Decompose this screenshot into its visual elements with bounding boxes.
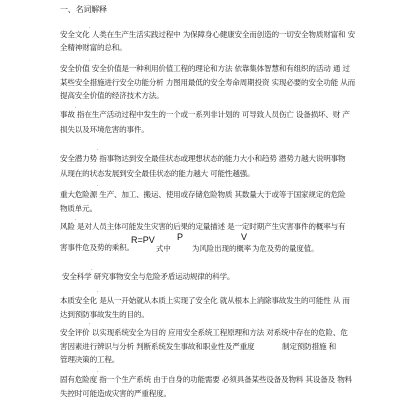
paragraph-intrinsic-safety-line-1: 本质安全化 是从一开始就从本质上实现了安全化 就从根本上消除事故发生的可能性 从… <box>60 296 350 306</box>
paragraph-safety-potential-line-1: 安全潜力势 指事物达到安全最佳状态或理想状态的能力大小和趋势 潜势力越大说明事物 <box>60 154 345 164</box>
term-label: 风险 <box>60 222 75 231</box>
paragraph-safety-assessment-line-3: 管理决策的工程。 <box>60 355 119 365</box>
term-label: 安全潜力势 <box>60 154 97 163</box>
term-label: 重大危险源 <box>60 190 97 199</box>
superscript-mark: · <box>89 322 91 327</box>
paragraph-safety-potential-line-2: 从现在的状态发展到安全最佳状态的能力越大 可能性越强。 <box>60 169 254 179</box>
paragraph-safety-culture-line-2: 全精神财富的总和。 <box>60 43 127 53</box>
risk-formula: R=PV <box>131 235 155 245</box>
term-label: 安全文化 <box>60 30 90 39</box>
term-label: 安全价值 <box>60 64 90 73</box>
term-label: 本质安全化 <box>60 296 97 305</box>
paragraph-inherent-hazard-line-1: 固有危险度 指一个生产系统 由于自身的功能需要 必须具备某些设备及物料 其设备及… <box>60 375 352 385</box>
paragraph-inherent-hazard-line-2: 失控时可能造成灾害的严重程度。 <box>60 389 171 399</box>
paragraph-safety-assessment-line-2: 害因素进行辨识与分析 判断系统发生事故和职业性及严重度 <box>60 342 254 352</box>
formula-text-p-desc: 为风险出现的概率 <box>192 243 251 254</box>
superscript-mark: · <box>97 148 99 153</box>
formula-text-where: 式中 <box>156 243 171 254</box>
paragraph-safety-assessment-line-1: 安全评价 以实现系统安全为目的 应用安全系统工程原理和方法 对系统中存在的危险、… <box>60 328 348 338</box>
paragraph-safety-assessment-line-2-tail: 制定预防措施 和 <box>282 342 336 352</box>
term-label: 安全科学 <box>62 272 92 281</box>
superscript-mark: · <box>97 184 99 189</box>
term-label: 固有危险度 <box>60 375 97 384</box>
formula-text-v-desc: 为危及势的量度值。 <box>252 243 319 254</box>
paragraph-safety-value-line-1: 安全价值 安全价值是一种利用价值工程的理论和方法 依靠集体智慧和有组织的活动 通… <box>60 64 350 74</box>
term-label: 安全评价 <box>60 328 90 337</box>
paragraph-risk-line-1: 风险 是对人员主体可能发生灾害的后果的定量描述 是一定时期产生灾害事件的概率与有 <box>60 222 345 232</box>
paragraph-major-hazard-line-1: 重大危险源 生产、加工、搬运、使用或存储危险物质 其数量大于或等于国家规定的危险 <box>60 190 345 200</box>
paragraph-intrinsic-safety-line-2: 达到预防事故发生的目的。 <box>60 310 149 320</box>
term-label: 事故 <box>60 110 75 119</box>
formula-symbol-p: P <box>177 232 183 242</box>
paragraph-safety-culture-line-1: 安全文化 人类在生产生活实践过程中 为保障身心健康安全而创造的一切安全物质财富和… <box>60 30 355 40</box>
superscript-mark: · <box>97 290 99 295</box>
paragraph-risk-line-2: 害事件危及势的乘积。 <box>60 243 134 253</box>
section-heading: 一、名词解释 <box>60 5 107 15</box>
formula-symbol-v: V <box>241 232 247 242</box>
paragraph-major-hazard-line-2: 物质单元。 <box>60 204 97 214</box>
paragraph-safety-science-line-1: 安全科学 研究事物安全与危险矛盾运动规律的科学。 <box>62 272 234 282</box>
paragraph-safety-value-line-2: 某些安全措施进行安全功能分析 力图用最低的安全寿命周期投资 实现必要的安全功能 … <box>60 78 355 88</box>
paragraph-accident-line-2: 损失以及环境危害的事件。 <box>60 125 149 135</box>
document-page: 一、名词解释 · 安全文化 人类在生产生活实践过程中 为保障身心健康安全而创造的… <box>0 0 400 400</box>
paragraph-accident-line-1: 事故 指在生产活动过程中发生的一个或一系列非计划的 可导致人员伤亡 设备损坏、财… <box>60 110 350 120</box>
paragraph-safety-value-line-3: 提高安全价值的经济技术方法。 <box>60 91 164 101</box>
